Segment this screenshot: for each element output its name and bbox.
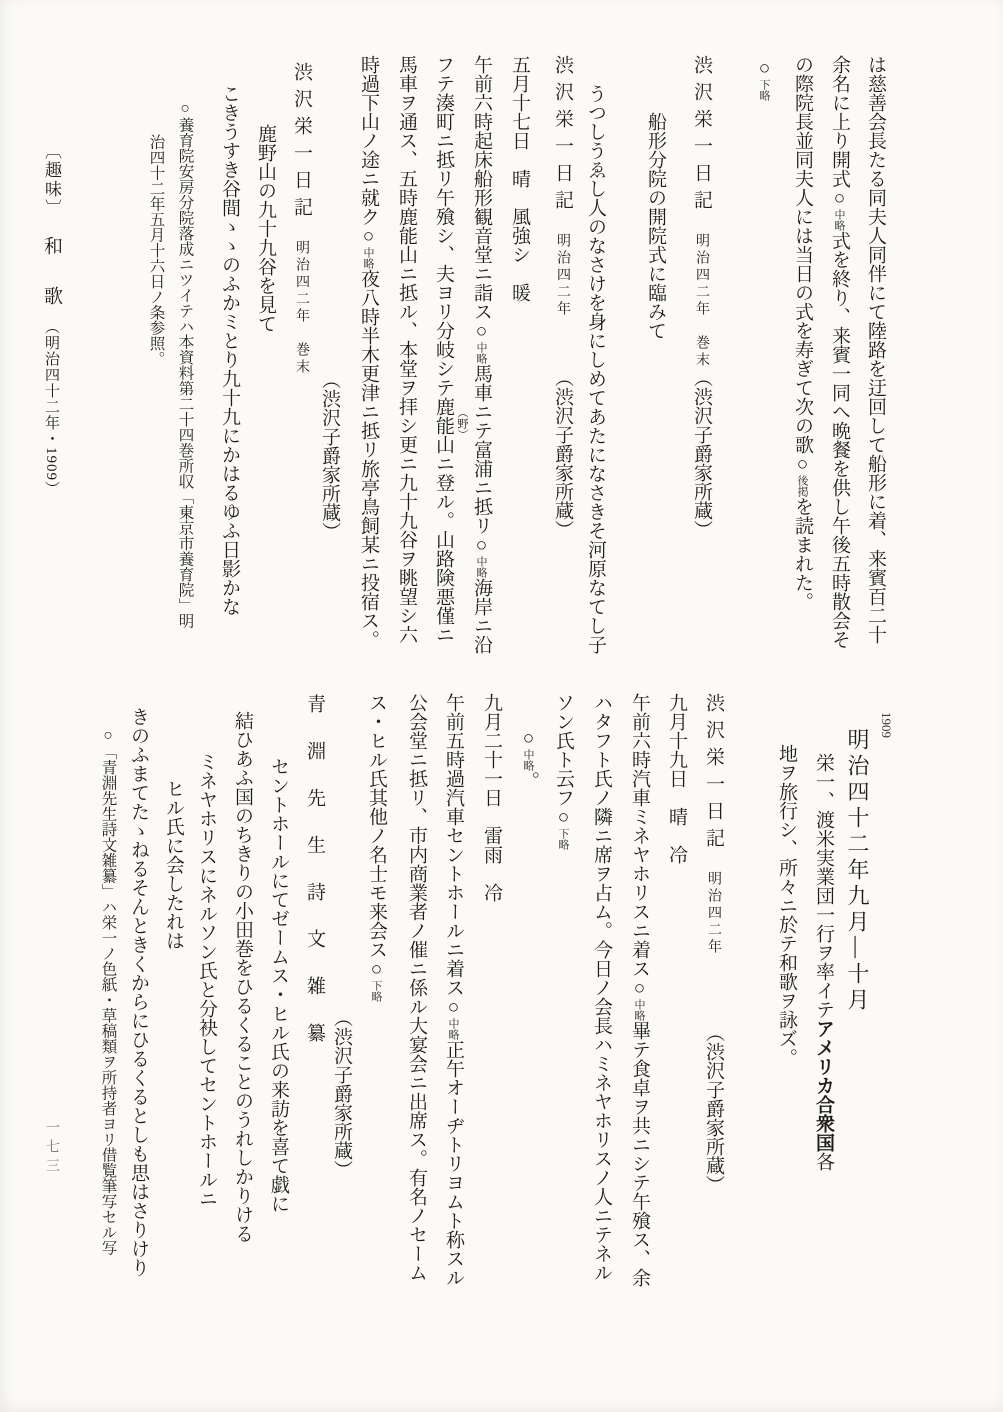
- intro-line-2: 地ヲ旅行シ、所々ニ於テ和歌ヲ詠ズ。: [777, 744, 796, 1067]
- note-text: 治四十二年五月十六日ノ条参照。: [148, 134, 165, 367]
- diary-line-may17-3: 馬車ヲ通ス、五時鹿能山ニ抵ル、本堂ヲ拝シ更ニ九十九谷ヲ眺望シ六: [397, 55, 416, 644]
- waka-heading-minneapolis-1: ミネヤホリスにネルソン氏と分袂してセントホールニ: [197, 752, 216, 1208]
- diary-line-sep19-2: ハタフト氏ノ隣ニ席ヲ占ム。今日ノ会長ハミネヤホリスノ人ニテネル: [592, 693, 611, 1282]
- diary-line-sep21-1: 午前五時過汽車セントホールニ着ス○中略正午オーヂトリヨムト称スル: [444, 693, 463, 1287]
- waka-heading: ヒル氏に会したれは: [163, 779, 184, 950]
- diary-text: 夜八時半木更津ニ抵リ旅亭鳥飼某ニ投宿ス。: [358, 269, 379, 649]
- diary-line-may17-2: フテ湊町ニ抵リ午飱シ、夫ヨリ分岐シテ鹿（野）能山ニ登ル。山路険悪僅ニ: [434, 55, 453, 644]
- waka-poem-funakata: うつしうゑし人のなさけを身にしめてあたになさきそ河原なてし子: [586, 84, 605, 654]
- diary-text: 正午オーヂトリヨムト称スル: [443, 1040, 464, 1287]
- source-citation-2: 渋沢栄一日記明治四二年: [553, 55, 572, 318]
- waka-heading-sthall: セントホールにてゼームス・ヒル氏の来訪を喜て戯に: [269, 757, 288, 1213]
- waka-poem: きのふまてたゝねるそんときくからにひるくるとしも思はさりけり: [128, 707, 149, 1277]
- scanned-page: は慈善会長たる同夫人同伴にて陸路を迂回して船形に着、来賓百二十 余名に上り開式○…: [0, 0, 1003, 1412]
- diary-text: 午前五時過汽車セントホールニ着ス○: [443, 693, 464, 1018]
- diary-text: 馬車ヲ通ス、五時鹿能山ニ抵ル、本堂ヲ拝シ更ニ九十九谷ヲ眺望シ六: [396, 55, 417, 644]
- diary-text: フテ湊町ニ抵リ午飱シ、夫ヨリ分岐シテ鹿: [433, 55, 454, 416]
- interlinear-correction-note: （野）: [456, 407, 467, 440]
- inline-omission-note: 中略: [447, 1018, 459, 1040]
- source-citation-seien: 青淵先生詩文雑纂: [305, 694, 324, 1070]
- inline-omission-note: 下略: [557, 828, 569, 850]
- waka-heading-kanozan: 鹿野山の九十九谷を見て: [256, 124, 275, 333]
- inline-reference-note: 後掲: [796, 475, 808, 497]
- diary-date: 九月十九日 晴 冷: [666, 693, 687, 864]
- source-meta: 明治四二年 巻末: [694, 233, 709, 369]
- page-number-text: 一七三: [44, 1120, 59, 1177]
- diary-line-sep19-3: ソン氏ト云フ○下略: [554, 693, 573, 850]
- omission-mark-geryaku: ○下略: [755, 58, 774, 101]
- intro-text: 各: [813, 1152, 834, 1171]
- source-meta: 明治四二年: [706, 871, 721, 956]
- running-head-title: 和 歌: [41, 236, 62, 311]
- diary-text: 公会堂ニ抵リ、市内商業者ノ催ニ係ル大宴会ニ出席ス。有名ノセーム: [406, 693, 427, 1282]
- body-text: 式を終り、来賓一同へ晩餐を供し午後五時散会そ: [829, 231, 850, 649]
- source-owner: （渋沢子爵家所蔵）: [331, 1008, 352, 1179]
- inline-omission-note: 中略: [475, 342, 487, 364]
- omission-circle: ○: [518, 728, 539, 749]
- intro-text: 地ヲ旅行シ、所々ニ於テ和歌ヲ詠ズ。: [776, 744, 797, 1067]
- source-title: 渋沢栄一日記: [291, 62, 312, 224]
- diary-text: ス・ヒル氏其他ノ名士モ来会ス○: [366, 693, 387, 980]
- waka-heading: セントホールにてゼームス・ヒル氏の来訪を喜て戯に: [268, 757, 289, 1213]
- inline-omission-note: 中略: [633, 999, 645, 1021]
- source-meta: 明治四二年 巻末: [294, 240, 309, 376]
- source-citation-1: 渋沢栄一日記明治四二年 巻末: [692, 55, 711, 369]
- source-owner-seien: （渋沢子爵家所蔵）: [332, 1008, 351, 1179]
- top-body-line-1: は慈善会長たる同夫人同伴にて陸路を迂回して船形に着、来賓百二十: [866, 55, 885, 644]
- waka-poem: うつしうゑし人のなさけを身にしめてあたになさきそ河原なてし子: [585, 84, 606, 654]
- source-owner-2: （渋沢子爵家所蔵）: [553, 368, 572, 539]
- inline-omission-note: 中略: [833, 209, 845, 231]
- source-owner: （渋沢子爵家所蔵）: [552, 368, 573, 539]
- note-text: ○養育院安房分院落成ニツイテハ本資料第二十四巻所収「東京市養育院」明: [177, 100, 194, 629]
- omission-circle: ○: [754, 58, 775, 79]
- diary-date-sep19: 九月十九日 晴 冷: [667, 693, 686, 864]
- editor-note-line-2: 治四十二年五月十六日ノ条参照。: [148, 134, 164, 367]
- omission-period: 。: [518, 771, 539, 790]
- diary-text: 馬車ニテ富浦ニ抵リ○: [471, 364, 492, 556]
- running-head-genre: 〔趣味〕: [42, 142, 61, 218]
- waka-poem: こきうすき谷間ゝゝのふかミとり九十九にかはるゆふ日影かな: [219, 84, 240, 616]
- body-text: の際院長並同夫人には当日の式を寿ぎて次の歌○: [792, 55, 813, 475]
- inline-omission-note: 中略: [475, 556, 487, 578]
- waka-heading: ミネヤホリスにネルソン氏と分袂してセントホールニ: [196, 752, 217, 1208]
- source-title: 渋沢栄一日記: [703, 693, 724, 855]
- source-owner-1: （渋沢子爵家所蔵）: [692, 368, 711, 539]
- inline-omission-note: 中略: [522, 749, 534, 771]
- waka-heading-minneapolis-2: ヒル氏に会したれは: [164, 779, 183, 950]
- waka-poem: 結ひあふ国のちきりの小田巻をひるくることのうれしかりける: [232, 711, 253, 1243]
- diary-line-may17-1: 午前六時起床船形観音堂ニ詣ス○中略馬車ニテ富浦ニ抵リ○中略海岸ニ沿: [472, 55, 491, 654]
- source-owner: （渋沢子爵家所蔵）: [691, 368, 712, 539]
- emphasis-america: アメリカ合衆国: [813, 1019, 834, 1152]
- waka-poem-sthall: 結ひあふ国のちきりの小田巻をひるくることのうれしかりける: [233, 711, 252, 1243]
- diary-text: ハタフト氏ノ隣ニ席ヲ占ム。今日ノ会長ハミネヤホリスノ人ニテネル: [591, 693, 612, 1282]
- source-owner-3: （渋沢子爵家所蔵）: [320, 370, 339, 541]
- source-citation-4: 渋沢栄一日記明治四二年: [704, 693, 723, 956]
- source-title: 渋沢栄一日記: [552, 55, 573, 217]
- body-text: を読まれた。: [792, 497, 813, 611]
- diary-line-sep21-3: ス・ヒル氏其他ノ名士モ来会ス○下略: [367, 693, 386, 1002]
- diary-text: 能山ニ登ル。山路険悪僅ニ: [433, 416, 454, 644]
- diary-text: 午前六時起床船形観音堂ニ詣ス○: [471, 55, 492, 342]
- diary-text: 畢テ食卓ヲ共ニシテ午飱ス、余: [629, 1021, 650, 1287]
- source-owner: （渋沢子爵家所蔵）: [319, 370, 340, 541]
- section-heading-text: 明治四十二年九月―十月: [845, 728, 870, 1014]
- editor-note-line-1: ○養育院安房分院落成ニツイテハ本資料第二十四巻所収「東京市養育院」明: [177, 100, 193, 629]
- waka-heading: 船形分院の開院式に臨みて: [645, 112, 666, 340]
- note-text: ○「青淵先生詩文雑纂」ハ栄一ノ色紙・草稿類ヲ所持者ヨリ借覧筆写セル写: [100, 727, 117, 1256]
- source-title: 渋沢栄一日記: [691, 55, 712, 217]
- running-head-years: （明治四十二年・1909）: [43, 319, 59, 497]
- page-number: 一七三: [44, 1120, 58, 1177]
- intro-text: 栄一、渡米実業団一行ヲ率イテ: [813, 753, 834, 1019]
- diary-line-may17-4: 時過下山ノ途ニ就ク○中略夜八時半木更津ニ抵リ旅亭鳥飼某ニ投宿ス。: [359, 55, 378, 649]
- inline-omission-note: 下略: [370, 980, 382, 1002]
- source-owner-4: （渋沢子爵家所蔵）: [704, 1023, 723, 1194]
- waka-heading: 鹿野山の九十九谷を見て: [255, 124, 276, 333]
- year-text: 1909: [879, 712, 894, 738]
- top-body-line-2: 余名に上り開式○中略式を終り、来賓一同へ晩餐を供し午後五時散会そ: [830, 55, 849, 649]
- diary-date: 九月二十一日 雷雨 冷: [481, 693, 502, 902]
- source-citation-3: 渋沢栄一日記明治四二年 巻末: [292, 62, 311, 376]
- intro-line-1: 栄一、渡米実業団一行ヲ率イテアメリカ合衆国各: [814, 753, 833, 1171]
- diary-line-sep21-2: 公会堂ニ抵リ、市内商業者ノ催ニ係ル大宴会ニ出席ス。有名ノセーム: [407, 693, 426, 1282]
- source-meta: 明治四二年: [555, 233, 570, 318]
- inline-omission-note: 下略: [758, 79, 770, 101]
- waka-poem-nelson-hill: きのふまてたゝねるそんときくからにひるくるとしも思はさりけり: [129, 707, 148, 1277]
- diary-text: 時過下山ノ途ニ就ク○: [358, 55, 379, 247]
- waka-heading-funakata: 船形分院の開院式に臨みて: [646, 112, 665, 340]
- running-head: 〔趣味〕和 歌（明治四十二年・1909）: [42, 142, 61, 497]
- diary-text: 午前六時汽車ミネヤホリスニ着ス○: [629, 693, 650, 999]
- inline-omission-note: 中略: [362, 247, 374, 269]
- diary-line-sep19-1: 午前六時汽車ミネヤホリスニ着ス○中略畢テ食卓ヲ共ニシテ午飱ス、余: [630, 693, 649, 1287]
- year-label-1909: 1909: [880, 712, 893, 738]
- top-body-line-3: の際院長並同夫人には当日の式を寿ぎて次の歌○後掲を読まれた。: [793, 55, 812, 611]
- diary-text: 海岸ニ沿: [471, 578, 492, 654]
- diary-date: 五月十七日 晴 風強シ 暖: [509, 55, 530, 302]
- section-heading-meiji42: 明治四十二年九月―十月: [846, 728, 868, 1014]
- waka-poem-kanozan: こきうすき谷間ゝゝのふかミとり九十九にかはるゆふ日影かな: [220, 84, 239, 616]
- diary-text: ソン氏ト云フ○: [553, 693, 574, 828]
- body-text: 余名に上り開式○: [829, 55, 850, 209]
- diary-date-sep21: 九月二十一日 雷雨 冷: [482, 693, 501, 902]
- diary-date-may17: 五月十七日 晴 風強シ 暖: [510, 55, 529, 302]
- omission-mark-churyaku: ○中略。: [519, 728, 538, 790]
- source-title: 青淵先生詩文雑纂: [304, 694, 325, 1070]
- body-text: は慈善会長たる同夫人同伴にて陸路を迂回して船形に着、来賓百二十: [865, 55, 886, 644]
- source-owner: （渋沢子爵家所蔵）: [703, 1023, 724, 1194]
- editor-note-seien: ○「青淵先生詩文雑纂」ハ栄一ノ色紙・草稿類ヲ所持者ヨリ借覧筆写セル写: [100, 727, 116, 1256]
